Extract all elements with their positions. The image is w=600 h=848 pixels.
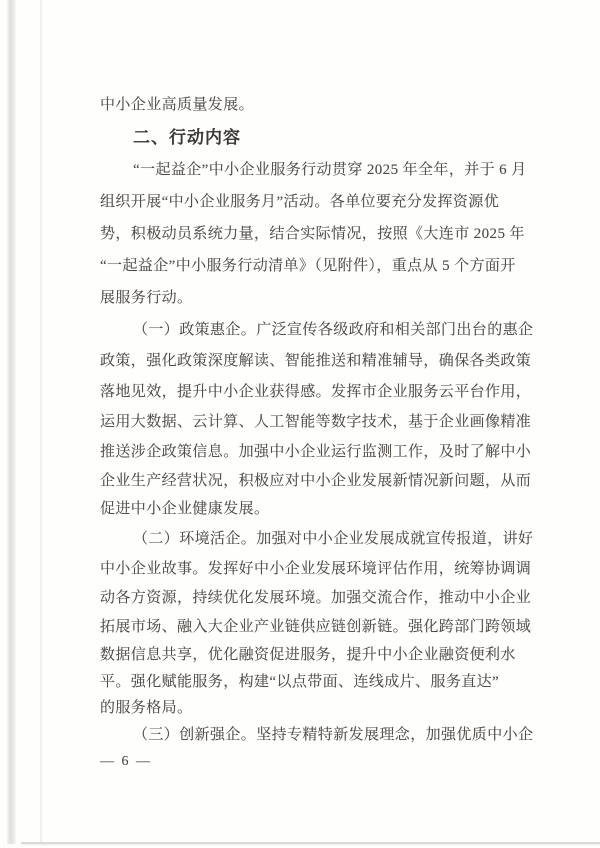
- text-line: 运用大数据、云计算、人工智能等数字技术，基于企业画像精准: [100, 413, 531, 431]
- scan-left-edge-faint-line: [40, 0, 42, 843]
- text-line: “一起益企”中小服务行动清单》（见附件），重点从 5 个方面开: [100, 257, 516, 275]
- text-line: “一起益企”中小企业服务行动贯穿 2025 年全年，并于 6 月: [133, 161, 527, 179]
- text-line: 的服务格局。: [100, 699, 192, 717]
- text-line: 势，积极动员系统力量，结合实际情况，按照《大连市 2025 年: [100, 225, 525, 243]
- text-line: 动各方资源，持续优化发展环境。加强交流合作，推动中小企业: [100, 589, 531, 607]
- scan-left-edge-band: [7, 0, 16, 844]
- text-line: 推送涉企政策信息。加强中小企业运行监测工作，及时了解中小: [100, 443, 531, 461]
- text-line: （二）环境活企。加强对中小企业发展成就宣传报道，讲好: [133, 530, 533, 548]
- text-line: 拓展市场、融入大企业产业链供应链创新链。强化跨部门跨领域: [100, 618, 531, 636]
- scanned-document-page: 中小企业高质量发展。 二、行动内容 “一起益企”中小企业服务行动贯穿 2025 …: [0, 0, 600, 848]
- text-line: 中小企业故事。发挥好中小企业发展环境评估作用，统筹协调调: [100, 560, 531, 578]
- text-line: 企业生产经营状况，积极应对中小企业发展新情况新问题，从而: [100, 472, 531, 490]
- scan-bottom-edge-line: [21, 842, 600, 844]
- text-line: 展服务行动。: [100, 289, 192, 307]
- section-heading: 二、行动内容: [133, 128, 241, 148]
- text-line: 促进中小企业健康发展。: [100, 500, 269, 518]
- text-line: 中小企业高质量发展。: [100, 96, 254, 114]
- text-line: （三）创新强企。坚持专精特新发展理念，加强优质中小企: [133, 726, 533, 744]
- text-line: 数据信息共享，优化融资促进服务，提升中小企业融资便利水: [100, 646, 516, 664]
- text-line: 平。强化赋能服务，构建“以点带面、连线成片、服务直达”: [100, 673, 499, 691]
- text-line: 政策，强化政策深度解读、智能推送和精准辅导，确保各类政策: [100, 352, 531, 370]
- page-number: — 6 —: [100, 754, 152, 771]
- text-line: （一）政策惠企。广泛宣传各级政府和相关部门出台的惠企: [133, 321, 533, 339]
- text-line: 落地见效，提升中小企业获得感。发挥市企业服务云平台作用，: [100, 383, 531, 401]
- text-line: 组织开展“中小企业服务月”活动。各单位要充分发挥资源优: [100, 193, 499, 211]
